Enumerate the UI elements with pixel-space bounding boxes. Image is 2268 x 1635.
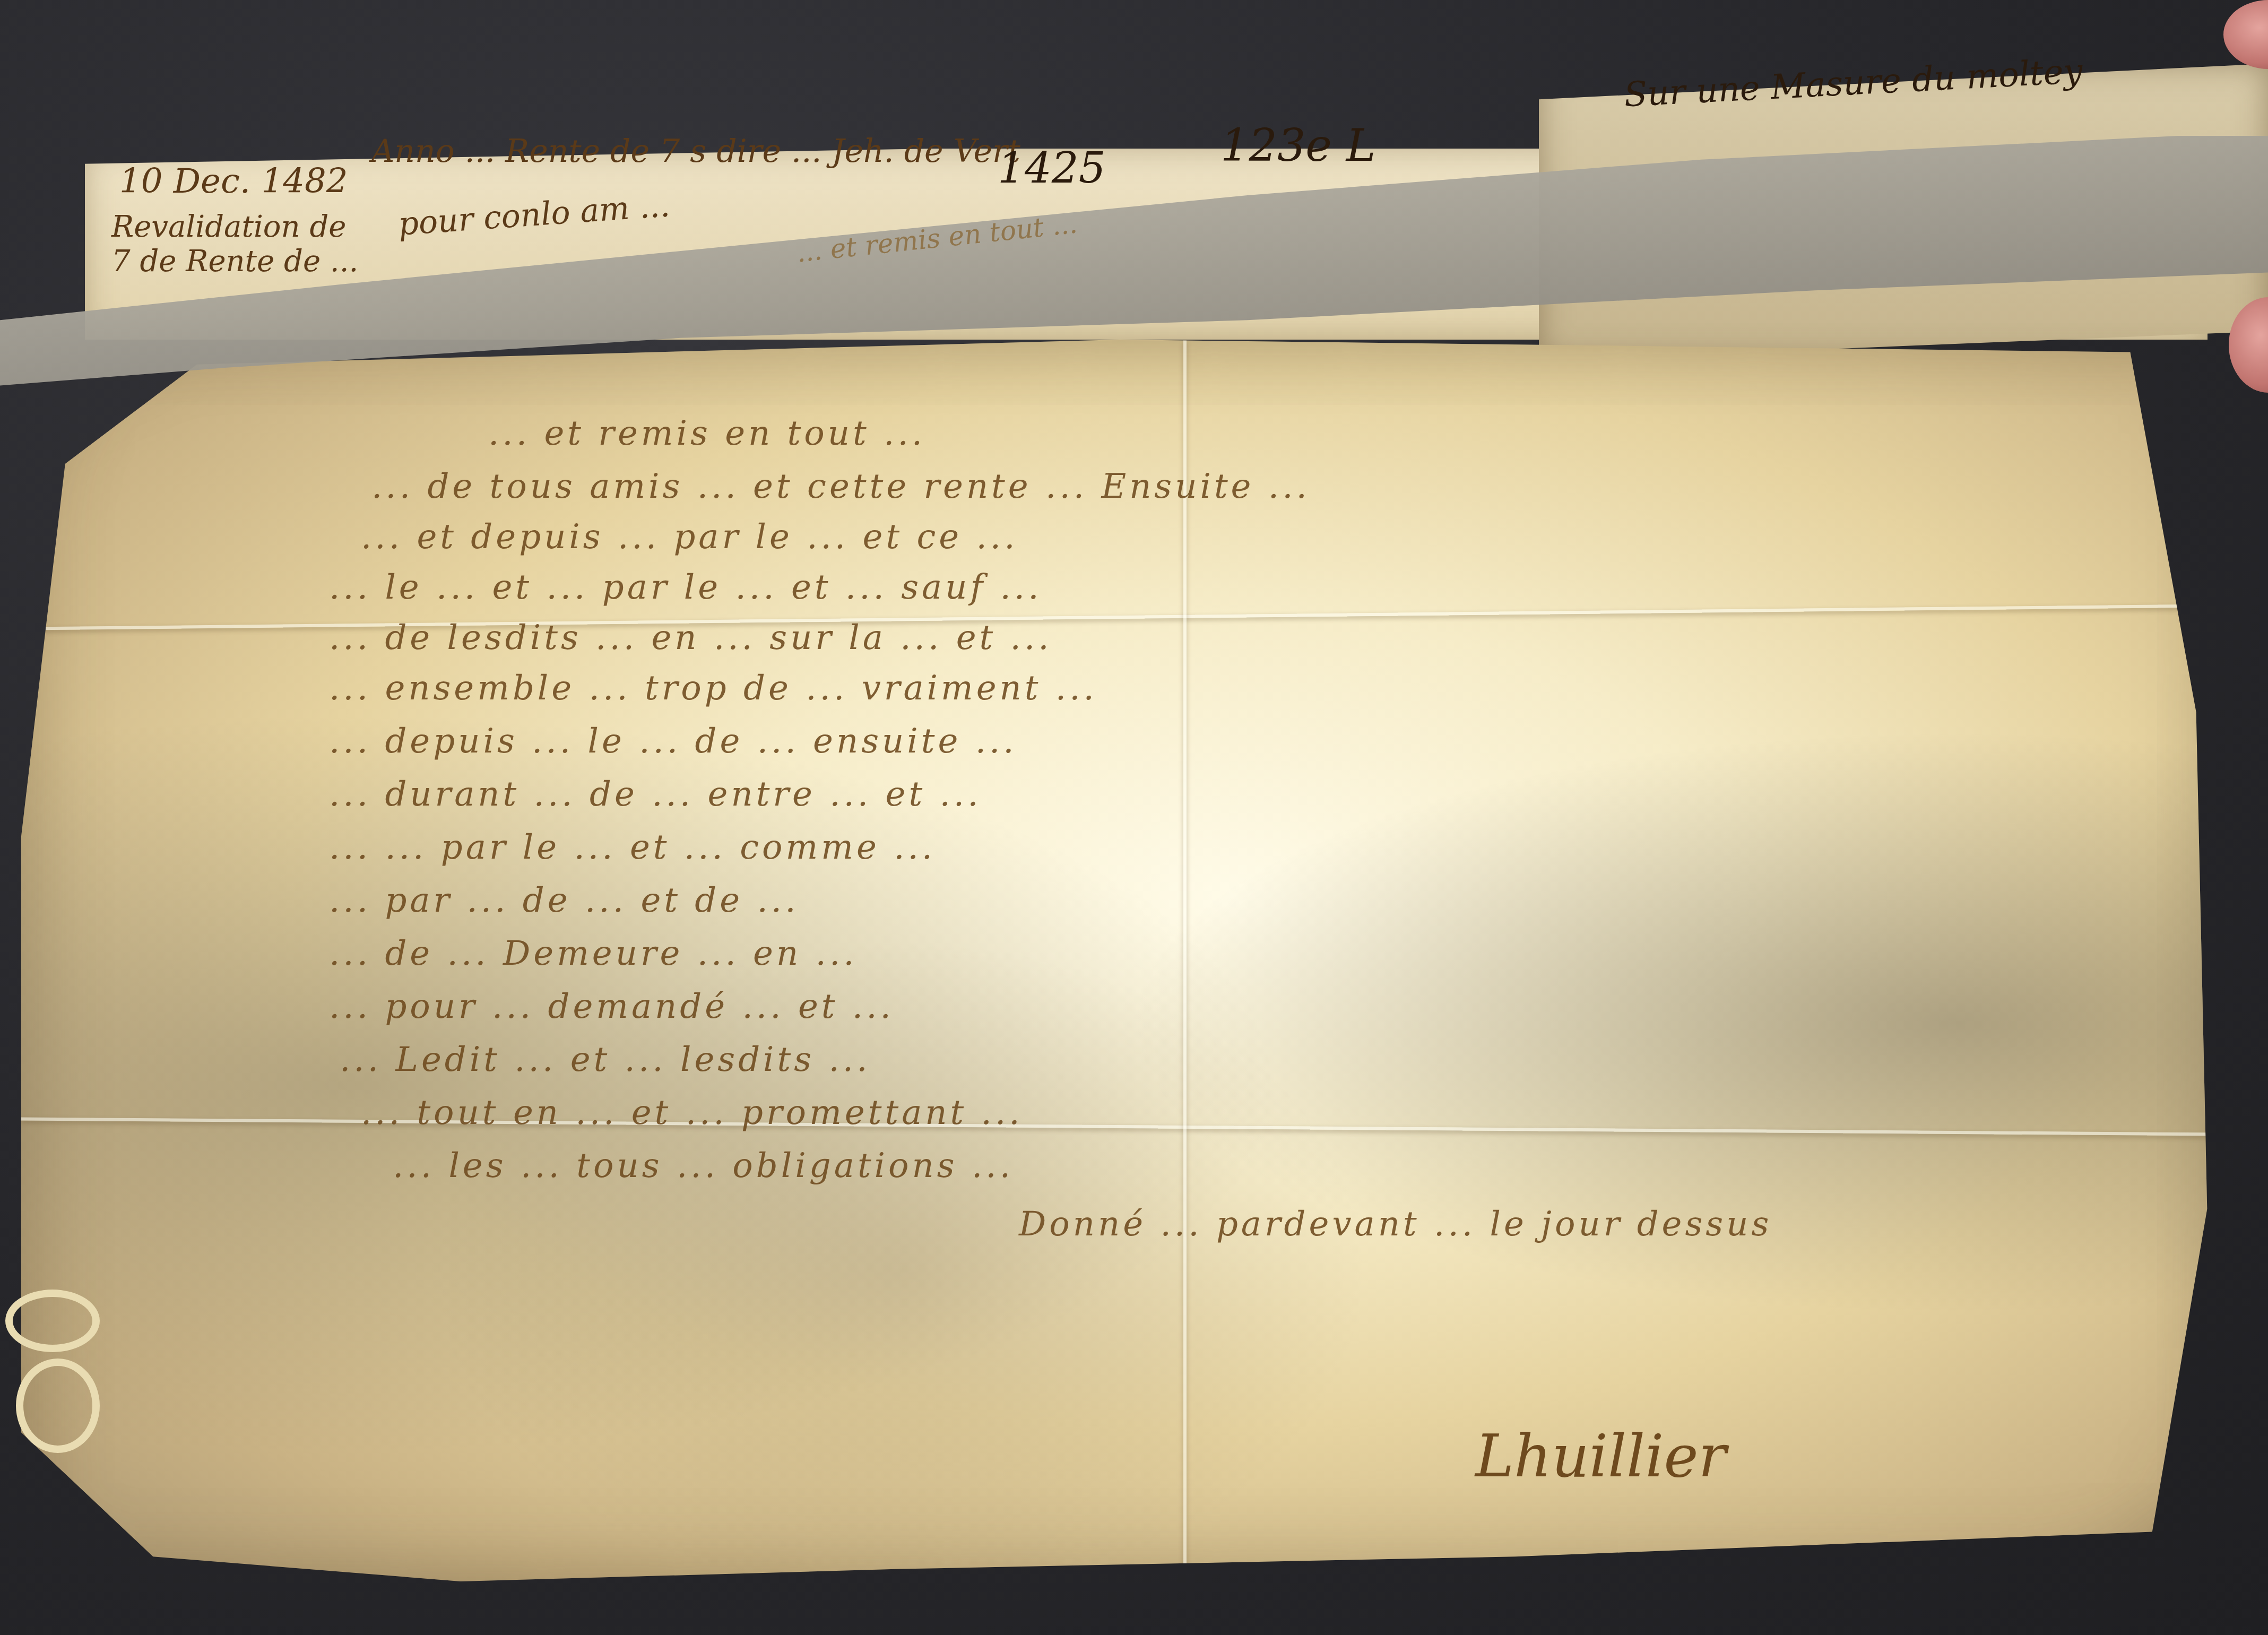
- body-line: ... depuis ... le ... de ... ensuite ...: [329, 722, 1017, 761]
- body-line: ... de lesdits ... en ... sur la ... et …: [329, 618, 1052, 658]
- body-line: ... tout en ... et ... promettant ...: [361, 1093, 1023, 1132]
- margin-note-line2: 7 de Rente de ...: [111, 244, 358, 279]
- tie-string: [16, 1359, 100, 1453]
- body-line: ... de ... Demeure ... en ...: [329, 934, 858, 973]
- year-note: 1425: [998, 143, 1106, 193]
- catalog-number: 123e L: [1220, 119, 1376, 171]
- body-line: ... les ... tous ... obligations ...: [393, 1146, 1014, 1186]
- margin-note-line1: Revalidation de: [111, 210, 346, 244]
- body-line: ... pour ... demandé ... et ...: [329, 987, 894, 1026]
- body-line: ... de tous amis ... et cette rente ... …: [371, 467, 1310, 506]
- body-line: ... par ... de ... et de ...: [329, 881, 799, 920]
- body-line: ... et remis en tout ...: [488, 414, 925, 453]
- body-text: ... et remis en tout ... ... de tous ami…: [329, 414, 2186, 1422]
- body-line: Donné ... pardevant ... le jour dessus: [1019, 1205, 1772, 1244]
- body-line: ... ... par le ... et ... comme ...: [329, 828, 936, 867]
- body-line: ... ensemble ... trop de ... vraiment ..…: [329, 669, 1097, 708]
- margin-date: 10 Dec. 1482: [119, 162, 348, 201]
- signature: Lhuillier: [1475, 1422, 1726, 1490]
- tie-string: [5, 1290, 100, 1352]
- body-line: ... et depuis ... par le ... et ce ...: [361, 517, 1018, 557]
- top-text-line-1: Anno ... Rente de 7 s dire ... Jeh. de V…: [371, 133, 1020, 170]
- body-line: ... le ... et ... par le ... et ... sauf…: [329, 568, 1042, 607]
- body-line: ... Ledit ... et ... lesdits ...: [340, 1040, 871, 1079]
- body-line: ... durant ... de ... entre ... et ...: [329, 775, 982, 814]
